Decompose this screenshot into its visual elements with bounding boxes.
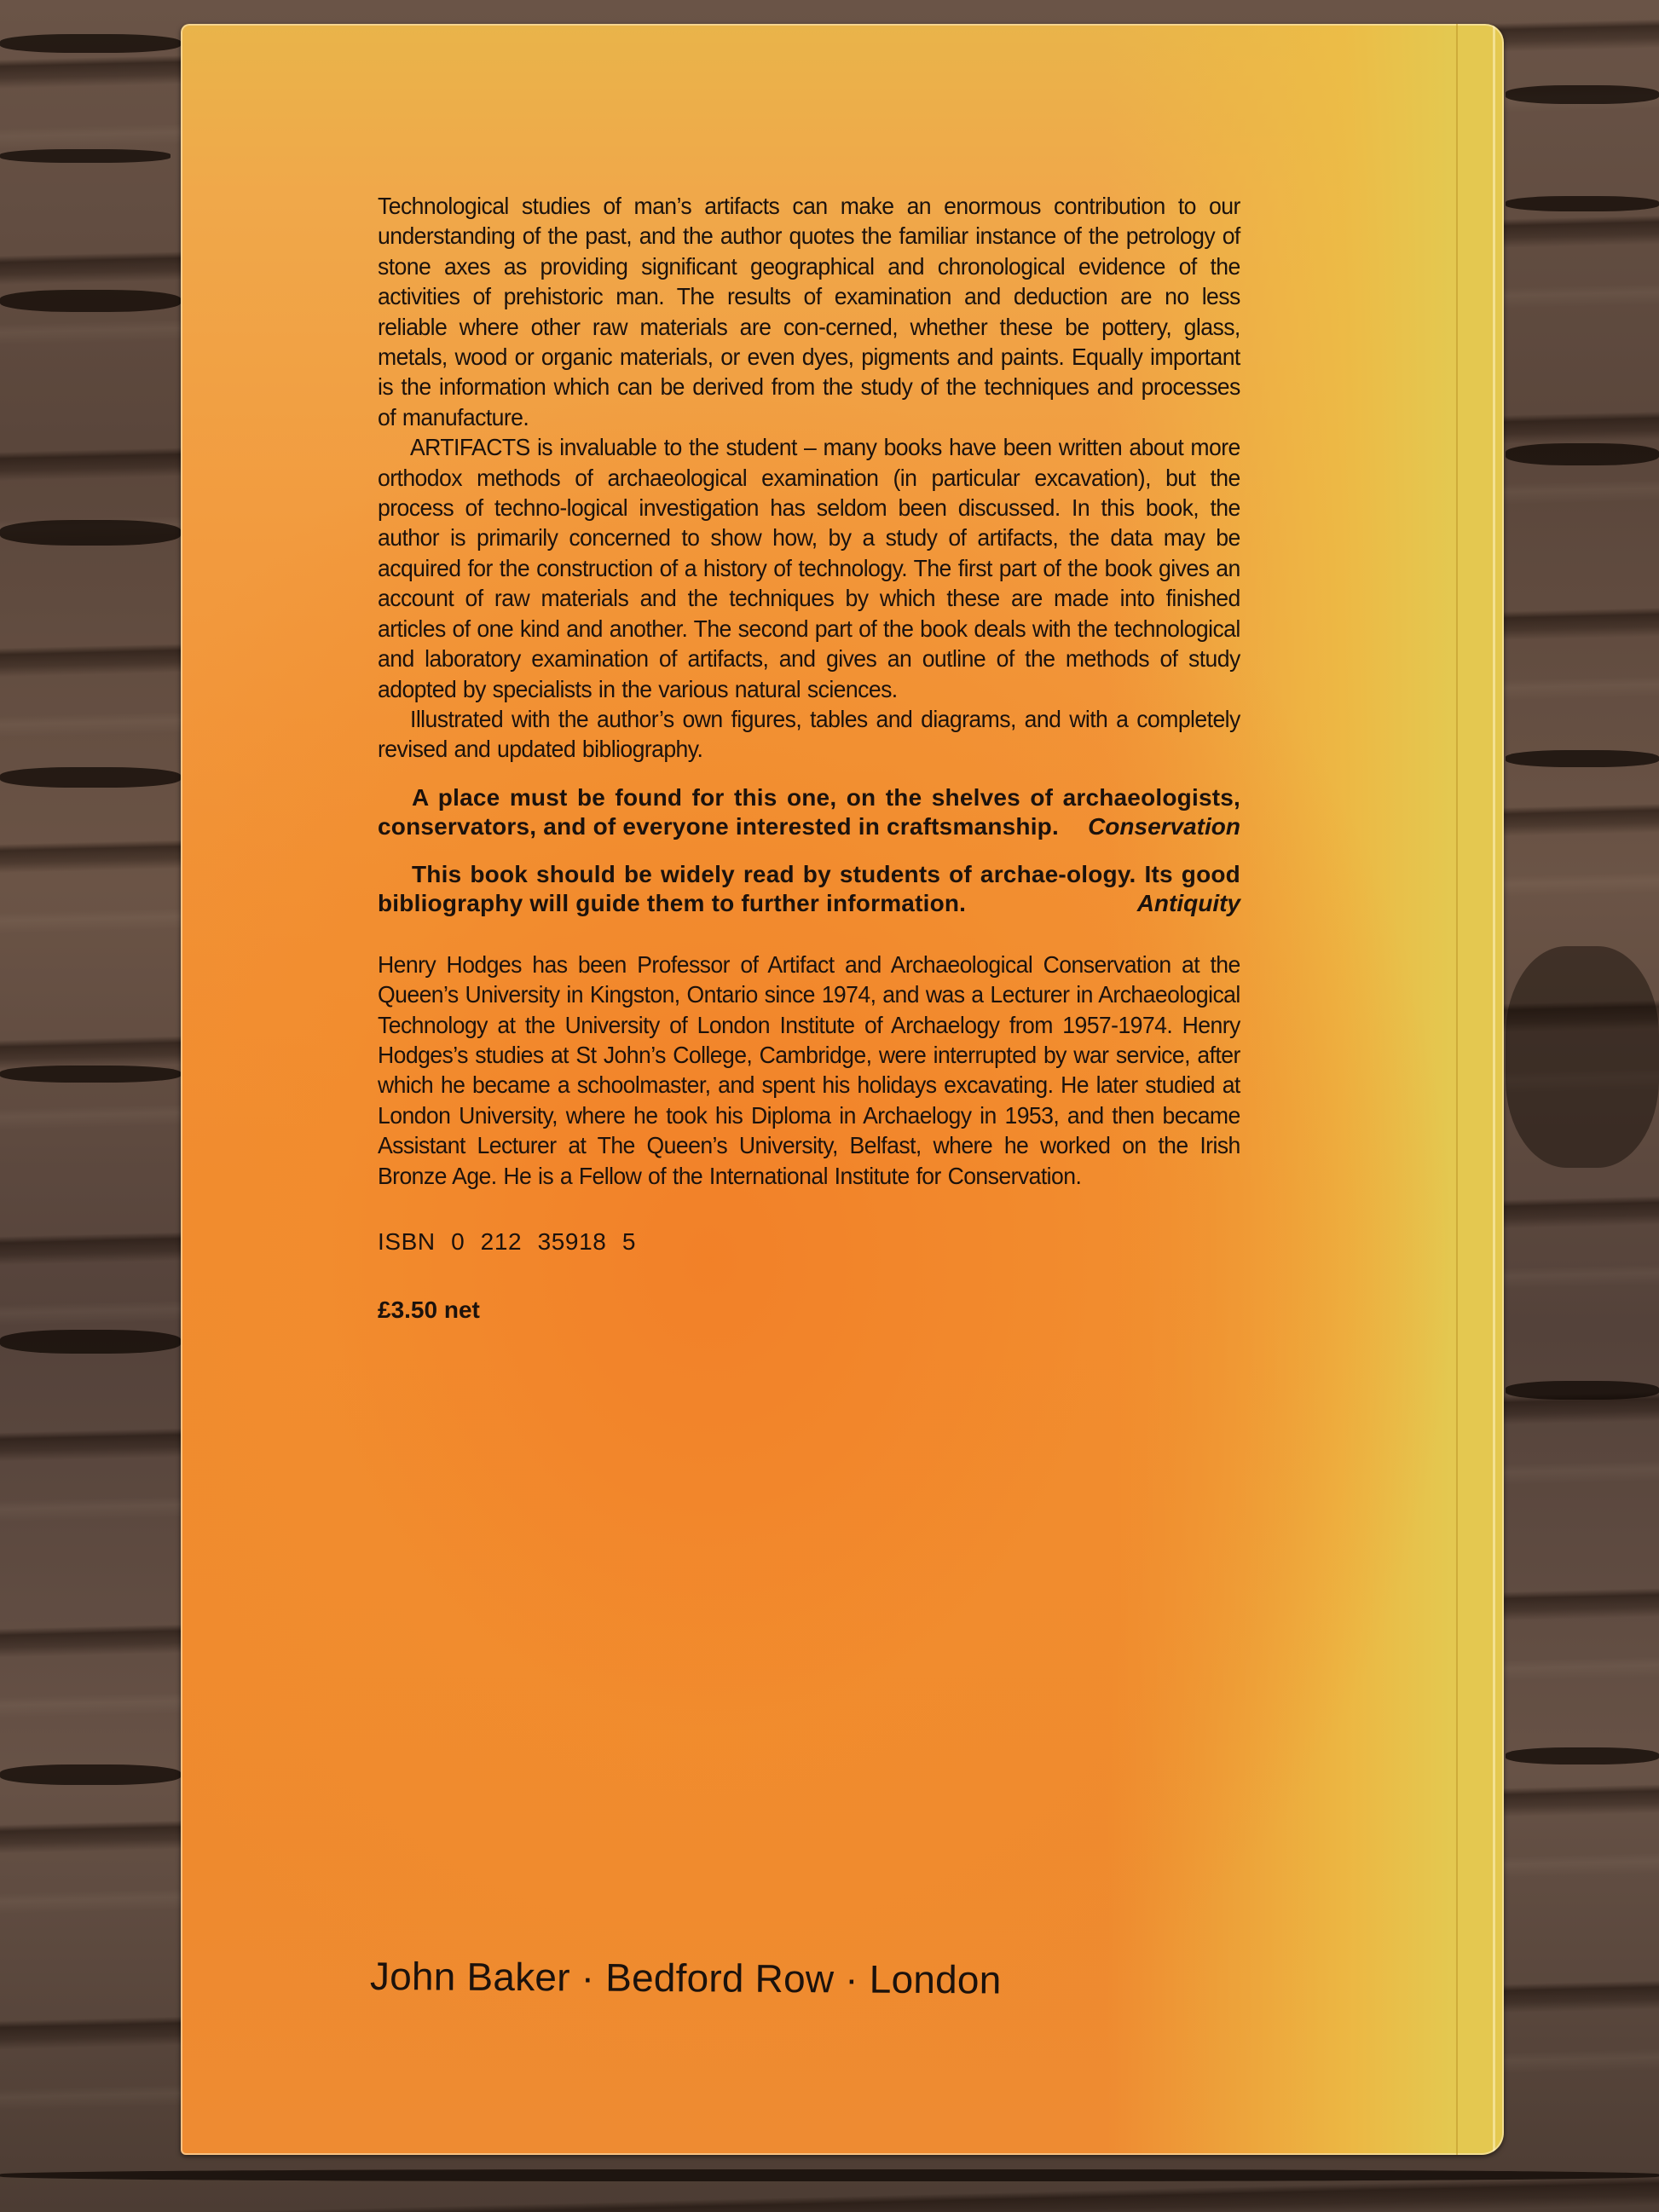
wood-grain bbox=[1506, 750, 1659, 767]
wood-grain bbox=[1506, 946, 1659, 1168]
review-source: Conservation bbox=[1088, 812, 1240, 842]
wood-grain bbox=[0, 2169, 1659, 2181]
wood-grain bbox=[0, 290, 181, 312]
blurb-paragraph-2: ARTIFACTS is invaluable to the student –… bbox=[378, 432, 1240, 704]
blurb-paragraph-3: Illustrated with the author’s own figure… bbox=[378, 704, 1240, 765]
wood-grain bbox=[0, 149, 171, 163]
wood-grain bbox=[1506, 196, 1659, 211]
book-back-cover: Technological studies of man’s artifacts… bbox=[181, 24, 1504, 2155]
wood-grain bbox=[0, 767, 181, 788]
review-quote-2: This book should be widely read by stude… bbox=[378, 860, 1240, 919]
isbn: ISBN 0 212 35918 5 bbox=[378, 1228, 1240, 1256]
review-text: This book should be widely read by stude… bbox=[378, 860, 1240, 919]
wood-grain bbox=[1506, 85, 1659, 104]
wood-grain bbox=[0, 520, 181, 546]
author-bio: Henry Hodges has been Professor of Artif… bbox=[378, 950, 1240, 1191]
review-source: Antiquity bbox=[1137, 889, 1240, 919]
wood-grain bbox=[1506, 443, 1659, 465]
wood-grain bbox=[1506, 1747, 1659, 1764]
price: £3.50 net bbox=[378, 1297, 1240, 1324]
wood-grain bbox=[0, 1330, 181, 1354]
publisher-imprint: John Baker · Bedford Row · London bbox=[370, 1953, 1002, 2003]
blurb-paragraph-1: Technological studies of man’s artifacts… bbox=[378, 191, 1240, 432]
wood-grain bbox=[0, 1066, 181, 1083]
wood-grain bbox=[0, 34, 181, 53]
back-cover-text: Technological studies of man’s artifacts… bbox=[378, 169, 1240, 1324]
review-quote-1: A place must be found for this one, on t… bbox=[378, 783, 1240, 842]
wood-grain bbox=[1506, 1381, 1659, 1400]
wood-grain bbox=[0, 1764, 181, 1785]
